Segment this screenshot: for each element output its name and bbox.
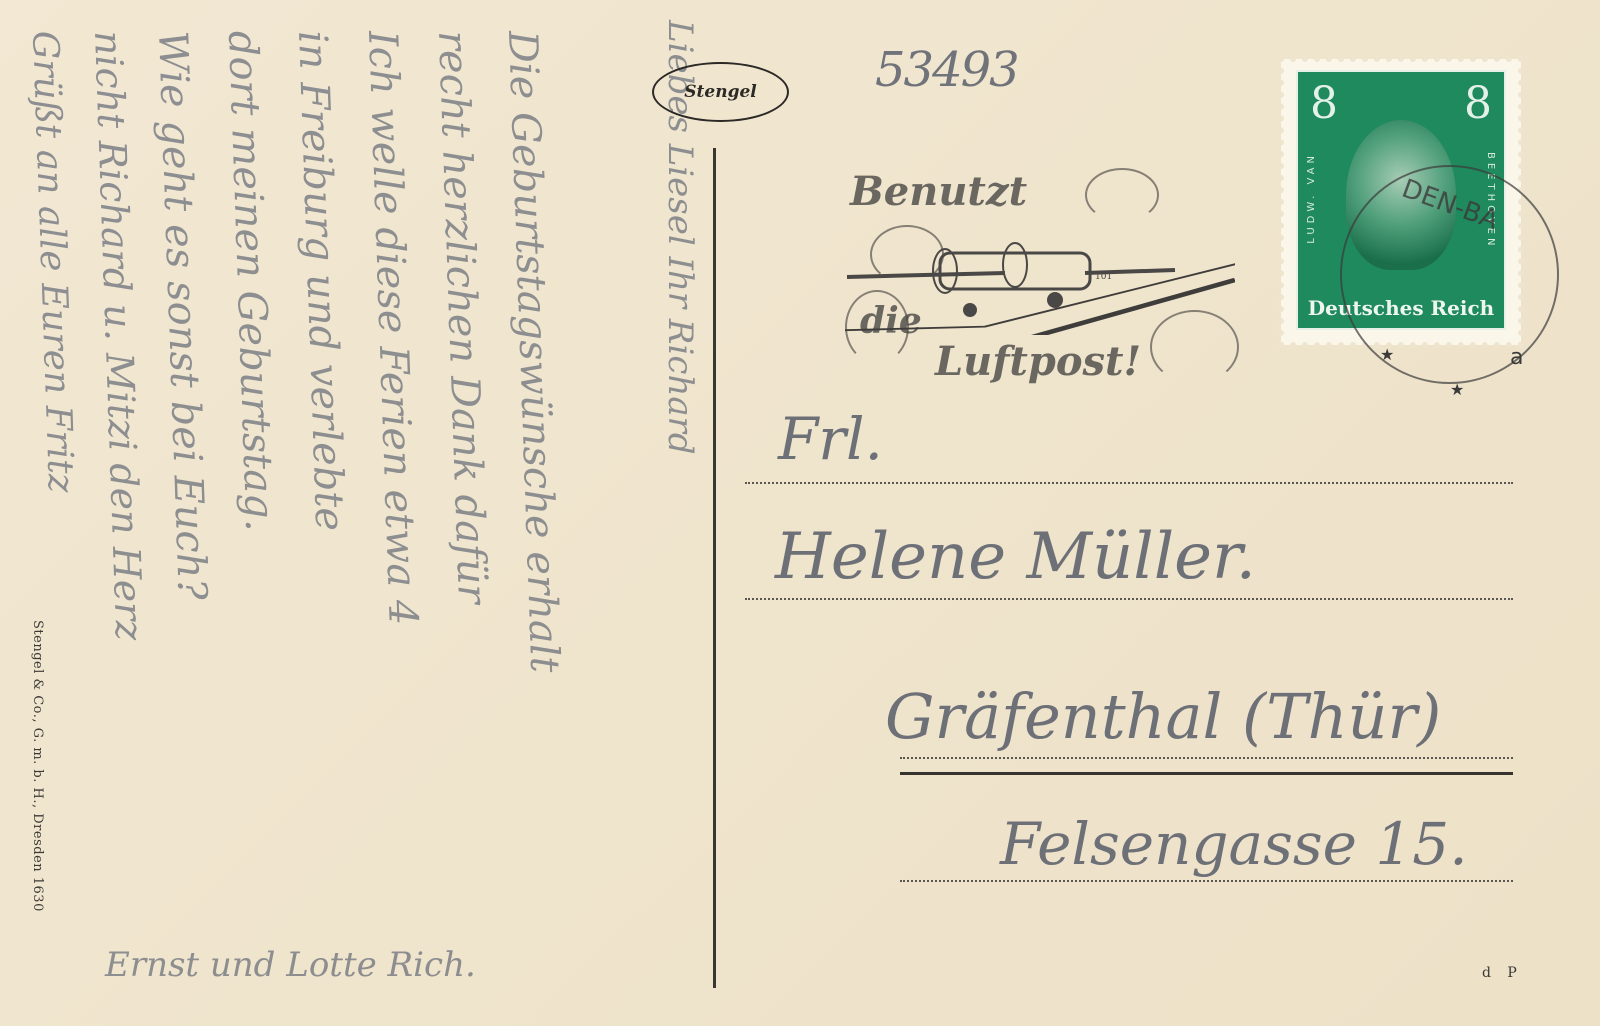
address-street: Felsengasse 15. [1000, 810, 1468, 878]
message-line: dort meinen Geburtstag. [219, 30, 282, 532]
address-line-4 [900, 880, 1513, 882]
postmark-suffix: a [1510, 345, 1523, 370]
stamp-caption-left: LUDW. VAN [1306, 152, 1317, 244]
message-line: Wie geht es sonst bei Euch? [149, 30, 215, 601]
slogan-line-3: Luftpost! [935, 338, 1141, 385]
star-icon: ★ [1450, 380, 1464, 399]
publisher-logo: Stengel [652, 62, 789, 122]
svg-text:101: 101 [1095, 272, 1112, 282]
address-line-2 [745, 598, 1513, 600]
stamp-value-right: 8 [1464, 78, 1492, 129]
address-name: Helene Müller. [775, 520, 1256, 594]
print-mark: d P [1482, 965, 1523, 981]
star-icon: ★ [1380, 345, 1394, 364]
address-city: Gräfenthal (Thür) [885, 680, 1441, 753]
message-line: Die Geburtstagswünsche erhalt [499, 30, 567, 673]
airplane-icon: 101 [845, 235, 1235, 335]
message-line: nicht Richard u. Mitzi den Herz [86, 30, 151, 641]
message-line: Ich welle diese Ferien etwa 4 [359, 30, 426, 626]
address-salutation: Frl. [778, 405, 883, 473]
message-line: Grüßt an alle Euren Fritz [24, 30, 81, 493]
message-line: recht herzlichen Dank dafür [429, 30, 495, 604]
stamp-value-left: 8 [1310, 78, 1338, 129]
divider-line [713, 148, 716, 988]
slogan-line-1: Benutzt [850, 168, 1027, 215]
cloud-outline [1085, 168, 1159, 222]
publisher-imprint: Stengel & Co., G. m. b. H., Dresden 1630 [30, 620, 45, 912]
city-underline [900, 772, 1513, 775]
reference-number: 53493 [875, 42, 1018, 98]
address-line-3 [900, 757, 1513, 759]
address-line-1 [745, 482, 1513, 484]
message-line: Ernst und Lotte Rich. [105, 945, 476, 985]
message-line: in Freiburg und verlebte [289, 30, 352, 532]
postcard: Die Geburtstagswünsche erhalt recht herz… [0, 0, 1600, 1026]
